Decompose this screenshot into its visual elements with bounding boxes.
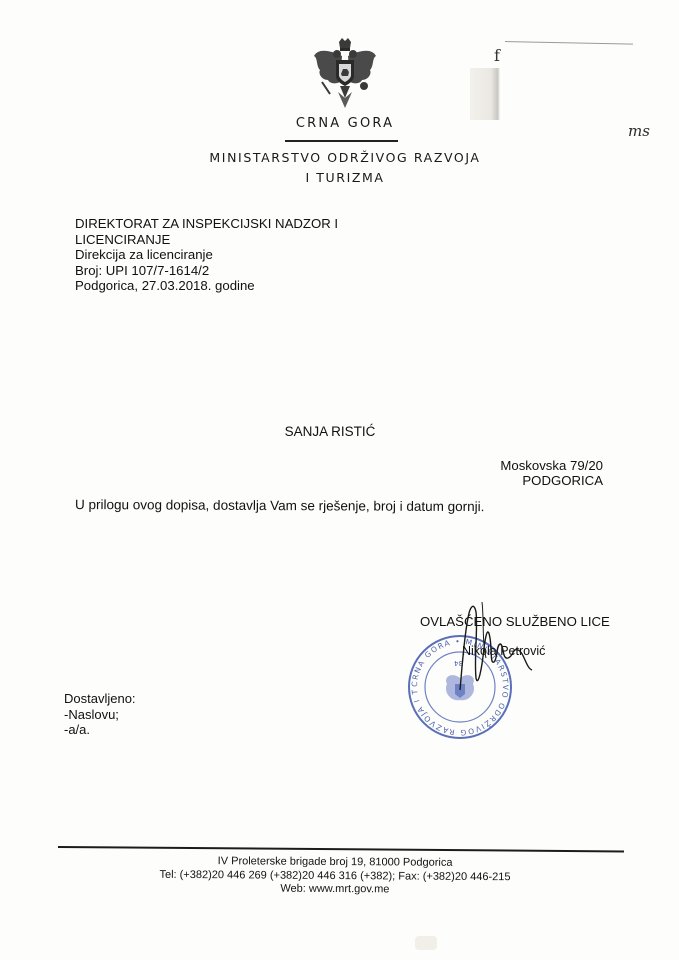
reference-number: Broj: UPI 107/7-1614/2 — [75, 263, 338, 279]
letter-page: CRNA GORA MINISTARSTVO ODRŽIVOG RAZVOJA … — [0, 0, 679, 960]
directorate-line2: LICENCIRANJE — [75, 232, 338, 248]
ministry-name-line1: MINISTARSTVO ODRŽIVOG RAZVOJA — [170, 148, 520, 168]
recipient-city: PODGORICA — [480, 473, 603, 488]
distribution-item: -Naslovu; — [64, 707, 136, 723]
distribution-label: Dostavljeno: — [64, 691, 136, 707]
ministry-name: MINISTARSTVO ODRŽIVOG RAZVOJA I TURIZMA — [170, 148, 520, 188]
distribution-item: -a/a. — [64, 722, 136, 738]
place-date: Podgorica, 27.03.2018. godine — [75, 278, 338, 294]
department: Direkcija za licenciranje — [75, 247, 338, 263]
directorate-line1: DIREKTORAT ZA INSPEKCIJSKI NADZOR I — [75, 216, 338, 232]
coat-of-arms-icon — [312, 36, 378, 112]
handwritten-paraph: ms — [628, 122, 650, 140]
scan-artifact — [415, 936, 437, 950]
footer-divider — [58, 846, 624, 852]
footer-contact: Tel: (+382)20 446 269 (+382)20 446 316 (… — [140, 868, 530, 884]
handwritten-signature — [452, 598, 547, 698]
recipient-name: SANJA RISTIĆ — [230, 424, 430, 439]
ministry-name-line2: I TURIZMA — [170, 168, 520, 188]
recipient-address: Moskovska 79/20 PODGORICA — [480, 458, 603, 488]
registry-stamp-line — [505, 41, 633, 45]
footer-web: Web: www.mrt.gov.me — [140, 882, 530, 898]
distribution-list: Dostavljeno: -Naslovu; -a/a. — [64, 691, 136, 738]
body-text: U prilogu ovog dopisa, dostavlja Vam se … — [75, 497, 485, 514]
handwritten-initial: f — [494, 46, 500, 65]
header-divider — [285, 140, 398, 142]
recipient-street: Moskovska 79/20 — [480, 458, 603, 473]
sender-block: DIREKTORAT ZA INSPEKCIJSKI NADZOR I LICE… — [75, 216, 338, 294]
country-name: CRNA GORA — [270, 116, 420, 131]
scan-artifact — [470, 68, 500, 120]
footer: IV Proleterske brigade broj 19, 81000 Po… — [140, 855, 530, 898]
